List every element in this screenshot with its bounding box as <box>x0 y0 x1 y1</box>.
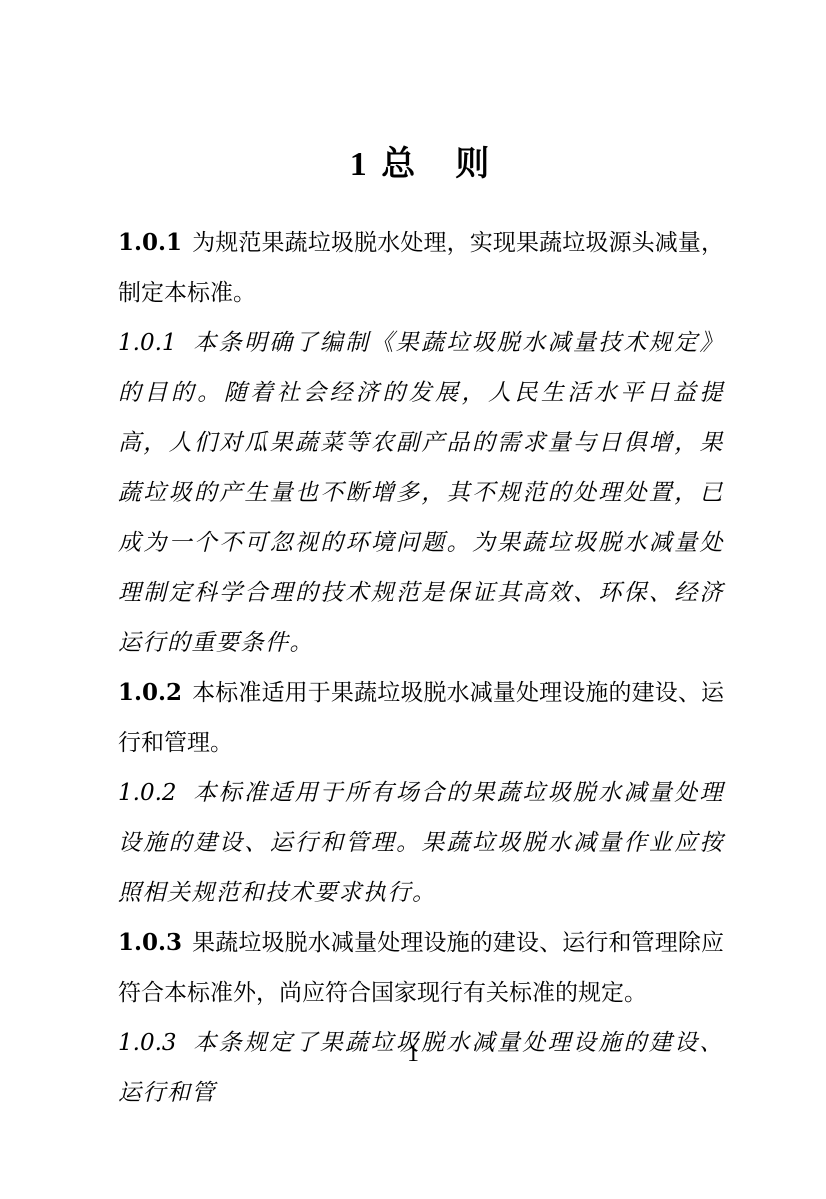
clause-text: 为规范果蔬垃圾脱水处理，实现果蔬垃圾源头减量，制定本标准。 <box>118 230 724 306</box>
clause-number: 1.0.2 <box>118 679 192 706</box>
clause-paragraph-1-0-3: 1.0.3果蔬垃圾脱水减量处理设施的建设、运行和管理除应符合本标准外，尚应符合国… <box>118 918 724 1018</box>
document-page: 1 总 则 1.0.1为规范果蔬垃圾脱水处理，实现果蔬垃圾源头减量，制定本标准。… <box>0 0 826 1199</box>
clause-paragraph-1-0-2: 1.0.2本标准适用于果蔬垃圾脱水减量处理设施的建设、运行和管理。 <box>118 668 724 768</box>
clause-text: 果蔬垃圾脱水减量处理设施的建设、运行和管理除应符合本标准外，尚应符合国家现行有关… <box>118 930 724 1006</box>
commentary-paragraph-1-0-1: 1.0.1本条明确了编制《果蔬垃圾脱水减量技术规定》的目的。随着社会经济的发展，… <box>118 318 724 668</box>
clause-number: 1.0.1 <box>118 229 192 256</box>
commentary-text: 本标准适用于所有场合的果蔬垃圾脱水减量处理设施的建设、运行和管理。果蔬垃圾脱水减… <box>118 780 724 906</box>
clause-text: 本标准适用于果蔬垃圾脱水减量处理设施的建设、运行和管理。 <box>118 680 724 756</box>
clause-paragraph-1-0-1: 1.0.1为规范果蔬垃圾脱水处理，实现果蔬垃圾源头减量，制定本标准。 <box>118 218 724 318</box>
commentary-paragraph-1-0-2: 1.0.2本标准适用于所有场合的果蔬垃圾脱水减量处理设施的建设、运行和管理。果蔬… <box>118 768 724 918</box>
clause-number: 1.0.3 <box>118 929 192 956</box>
commentary-text: 本条明确了编制《果蔬垃圾脱水减量技术规定》的目的。随着社会经济的发展，人民生活水… <box>118 330 724 656</box>
document-content: 1 总 则 1.0.1为规范果蔬垃圾脱水处理，实现果蔬垃圾源头减量，制定本标准。… <box>118 138 724 1118</box>
commentary-number: 1.0.1 <box>118 330 193 356</box>
chapter-title: 1 总 则 <box>118 138 724 192</box>
commentary-number: 1.0.2 <box>118 780 193 806</box>
page-number: 1 <box>0 1038 826 1070</box>
